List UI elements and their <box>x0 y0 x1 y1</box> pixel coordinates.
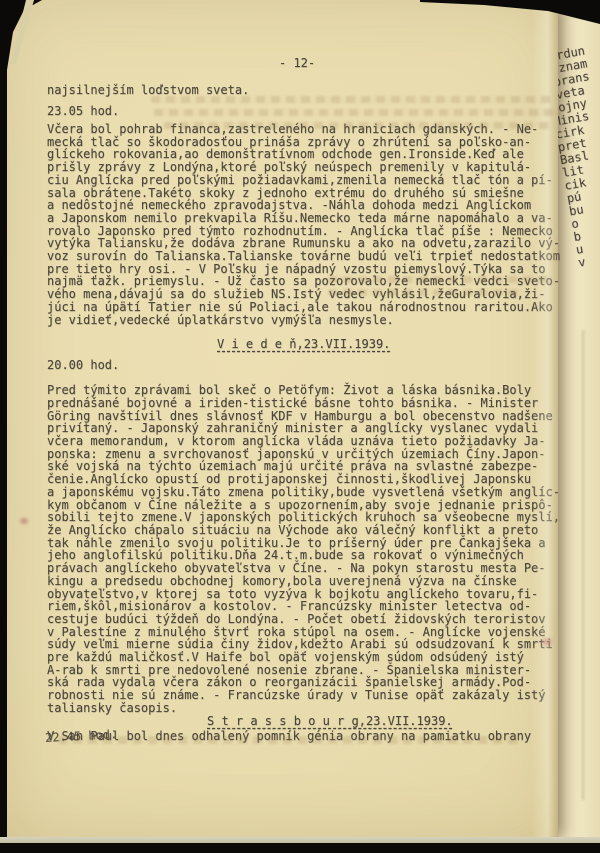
photo-border-bottom <box>0 843 600 853</box>
text-line: že Anglícko chápalo situáciu na Východe … <box>47 524 567 537</box>
document-page: - 12- najsilnejším loďstvom sveta. 23.05… <box>6 0 558 843</box>
dateline-vienna: V i e d e ň,23.VII.1939. <box>217 338 567 351</box>
overtyped-block: 22.45 hod. V San Paul bol dnes odhalený … <box>47 730 567 743</box>
text-line: včera memorandum, v ktorom anglícka vlád… <box>47 435 567 448</box>
news-paragraph-2305: Včera bol pohrab financa,zastreleného na… <box>47 123 567 326</box>
text-line: robnosti nie sú známe. - Francúzske úrad… <box>47 689 567 702</box>
text-line: pre každú maličkosť.V Haife bol opäť voj… <box>47 651 567 664</box>
text-line: kingu a predsedu obchodnej komory,bola u… <box>47 575 567 588</box>
text-line: Včera bol pohrab financa,zastreleného na… <box>47 123 567 136</box>
text-line: čenie.Anglícko opustí od protijaponskej … <box>47 473 567 486</box>
text-line: a japonskému vojsku.Táto zmena politiky,… <box>47 486 567 499</box>
paper-stain <box>20 518 28 524</box>
page-content: najsilnejším loďstvom sveta. 23.05 hod. … <box>6 0 567 742</box>
text-line: júci na úpätí Tatier nie sú Poliaci,ale … <box>47 301 567 314</box>
photo-border-left <box>0 0 7 853</box>
time-heading-2000: 20.00 hod. <box>47 359 567 372</box>
text-line: voz surovín do Talianska.Talianske továr… <box>47 250 567 263</box>
paper-crease <box>582 330 585 800</box>
text-line: prišly zprávy z Londýna,ktoré poľský neú… <box>47 161 567 174</box>
text-line: ciu Anglícka pred poľskými požiadavkami,… <box>47 174 567 187</box>
news-paragraph-2000: Pred týmito zprávami bol skeč o Petöfym:… <box>47 384 567 714</box>
text-line: je vidieť,vedecké úplatkárstvo vymýšľa n… <box>47 314 567 327</box>
news-paragraph-2245: V San Paul bol dnes odhalený pomník géni… <box>47 730 567 743</box>
text-line: a Japonskom nemilo prekvapila Ríšu.Nemec… <box>47 212 567 225</box>
text-line: V San Paul bol dnes odhalený pomník géni… <box>47 730 567 743</box>
text-line: riem,škôl,misionárov a kostolov. - Franc… <box>47 600 567 613</box>
paper-stain <box>542 638 552 646</box>
time-heading-2305: 23.05 hod. <box>47 105 567 118</box>
text-line: právach anglíckeho obyvateľstva v Číne. … <box>47 562 567 575</box>
text-line: vého mena,dávajú sa do služieb NS.Istý v… <box>47 288 567 301</box>
carryover-line: najsilnejším loďstvom sveta. <box>47 84 567 97</box>
text-line: prednášané bojovné a iriden-tistické bás… <box>47 397 567 410</box>
text-line: taliansky časopis. <box>47 702 567 715</box>
text-line: cestuje budúci týždeň do Londýna. - Poče… <box>47 613 567 626</box>
dateline-strasbourg: S t r a s s b o u r g,23.VII.1939. <box>207 715 567 728</box>
scanned-document-photo: VerdunvýznamobranssvetavojnyMiniscirkpre… <box>0 0 600 853</box>
